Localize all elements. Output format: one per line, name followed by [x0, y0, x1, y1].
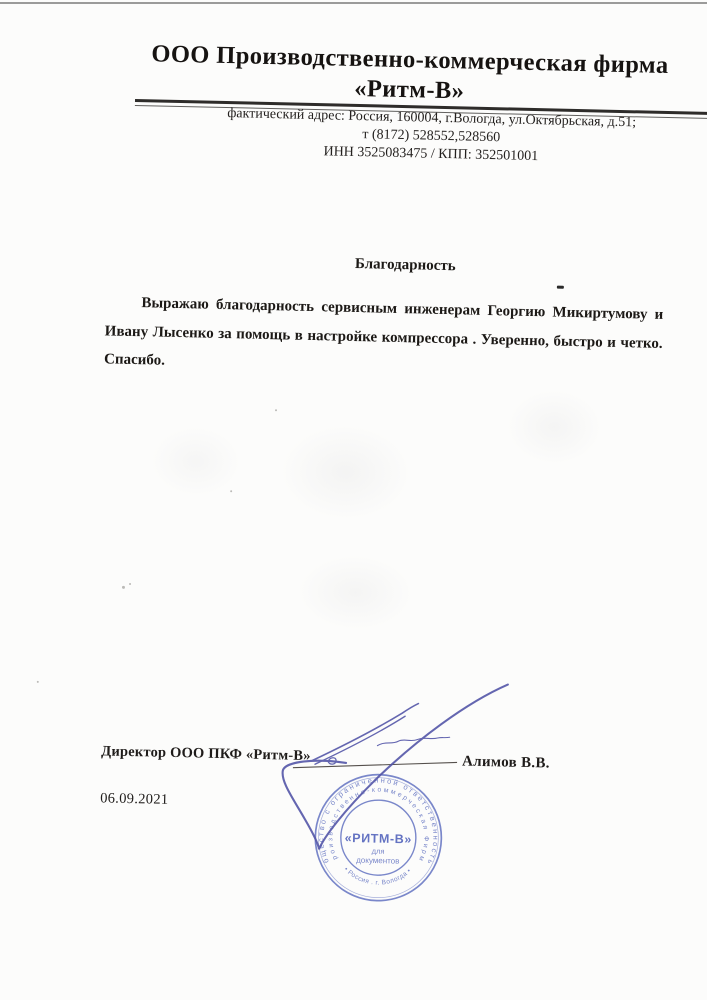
scan-speck	[129, 583, 131, 585]
scan-speck	[275, 409, 277, 411]
handwritten-signature	[0, 0, 707, 1000]
scanned-letter-page: ООО Производственно-коммерческая фирма «…	[0, 0, 707, 1000]
scan-speck	[122, 586, 125, 589]
scan-speck	[37, 681, 39, 683]
scan-speck	[230, 490, 232, 492]
letter-sheet: ООО Производственно-коммерческая фирма «…	[0, 0, 707, 1000]
